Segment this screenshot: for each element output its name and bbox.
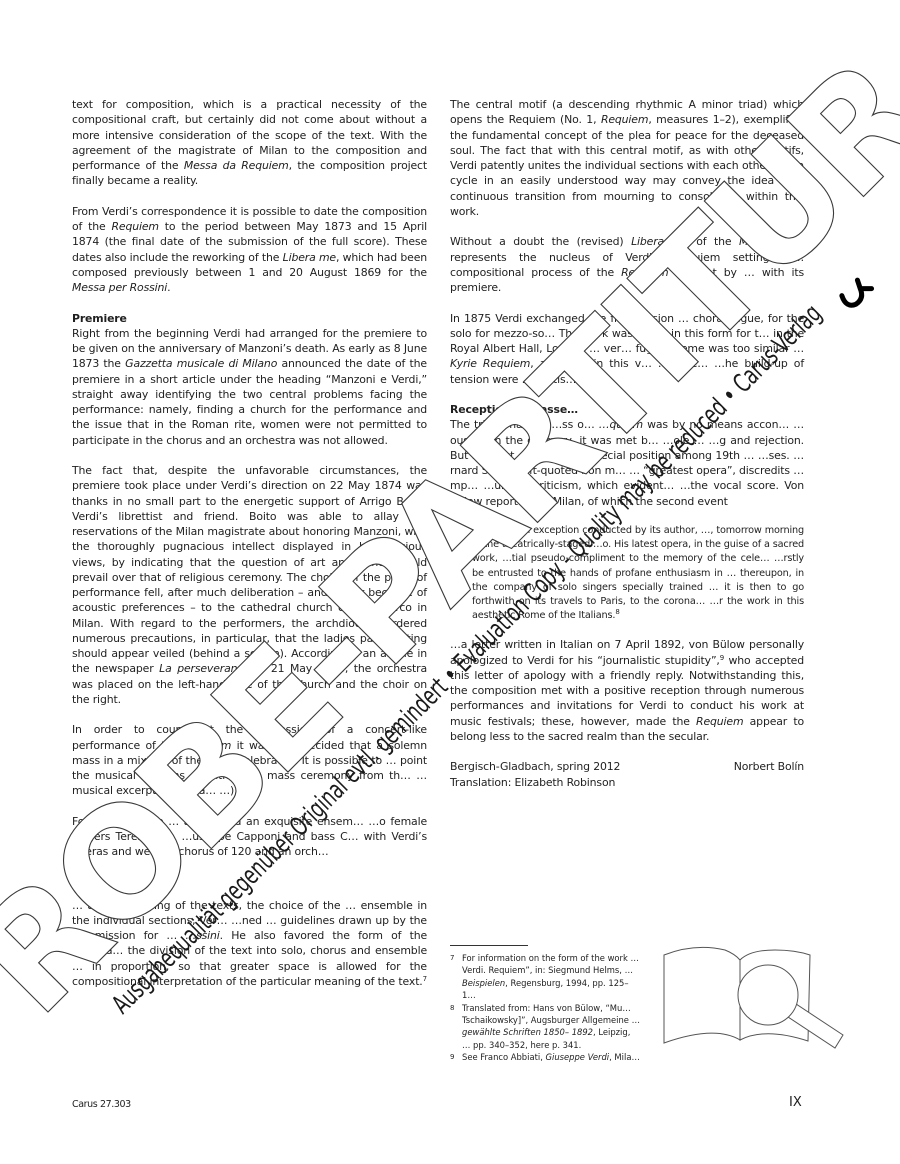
carus-logo-icon xyxy=(840,277,872,309)
left-column: text for composition, which is a practic… xyxy=(72,97,427,1004)
footnote-ref: 7 xyxy=(423,975,427,983)
page-number: IX xyxy=(789,1095,802,1110)
footnote: 7For information on the form of the work… xyxy=(450,952,640,1002)
paragraph: The central motif (a descending rhythmic… xyxy=(450,97,804,219)
book-magnifier-icon xyxy=(655,935,845,1055)
right-column: The central motif (a descending rhythmic… xyxy=(450,97,804,790)
paragraph: … and structuring of the texts, the choi… xyxy=(72,898,427,990)
signoff-author: Norbert Bolín xyxy=(734,759,804,774)
paragraph: …a letter written in Italian on 7 April … xyxy=(450,637,804,744)
footnotes: 7For information on the form of the work… xyxy=(450,945,640,1064)
signoff: Bergisch-Gladbach, spring 2012 Norbert B… xyxy=(450,759,804,774)
paragraph: Without a doubt the (revised) Libera me … xyxy=(450,234,804,295)
paragraph: The triumphal E… …ss o… …quiem was by no… xyxy=(450,417,804,509)
paragraph: From Verdi’s correspondence it is possib… xyxy=(72,204,427,296)
section-heading-premiere: Premiere xyxy=(72,311,427,326)
paragraph: In order to counteract the impression of… xyxy=(72,722,427,798)
footnote: 8Translated from: Hans von Bülow, “Mu… T… xyxy=(450,1002,640,1052)
paragraph: The fact that, despite the unfavorable c… xyxy=(72,463,427,707)
paragraph: Right from the beginning Verdi had arran… xyxy=(72,326,427,448)
paragraph: text for composition, which is a practic… xyxy=(72,97,427,189)
catalog-number: Carus 27.303 xyxy=(72,1099,131,1110)
footnote-divider xyxy=(450,945,528,946)
translator-credit: Translation: Elizabeth Robinson xyxy=(450,775,804,790)
section-heading-reception: Reception and asse… xyxy=(450,402,804,417)
paragraph: In 1875 Verdi exchanged the first versio… xyxy=(450,311,804,387)
block-quote: …nce, as an exception conducted by its a… xyxy=(472,524,804,623)
footnote: 9See Franco Abbiati, Giuseppe Verdi, Mil… xyxy=(450,1051,640,1063)
paragraph: For the premiere … assembled an exquisit… xyxy=(72,814,427,860)
footnote-ref: 8 xyxy=(615,608,619,616)
signoff-place: Bergisch-Gladbach, spring 2012 xyxy=(450,759,620,774)
